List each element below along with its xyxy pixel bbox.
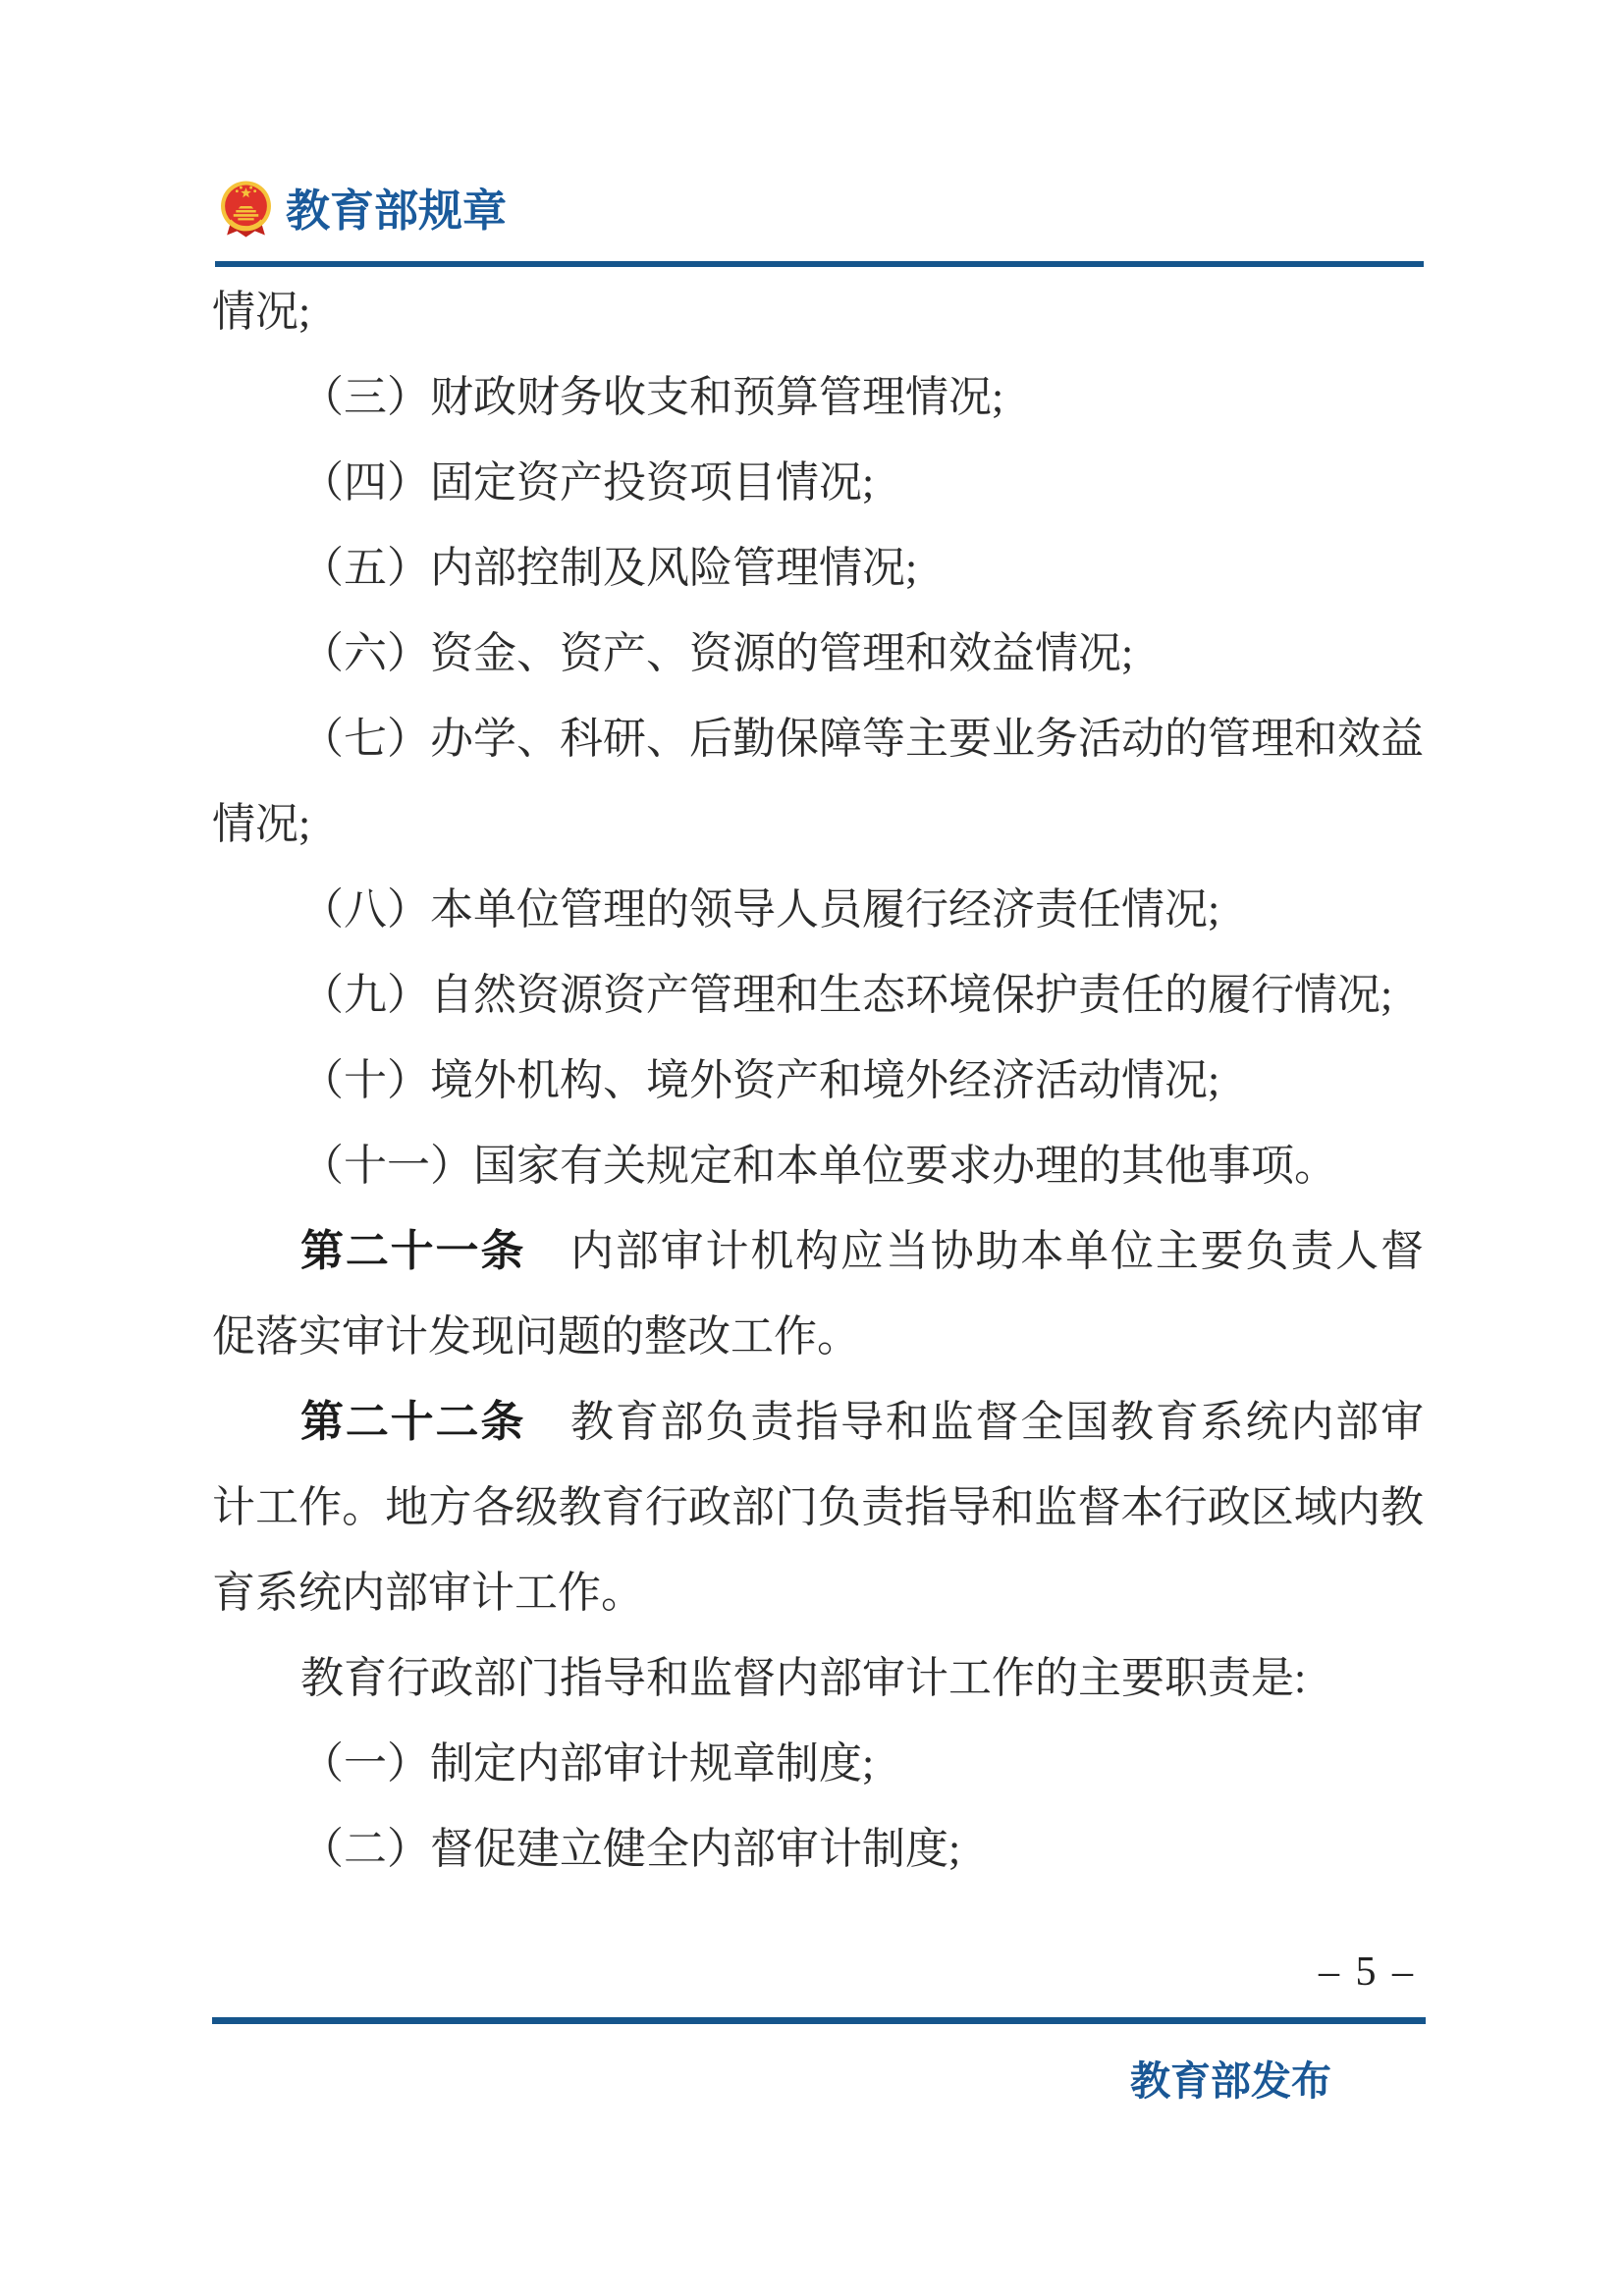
china-national-emblem-icon [220, 180, 272, 239]
body-line: 情况; [212, 269, 1424, 354]
article-text: 教育部负责指导和监督全国教育系统内部审 [525, 1398, 1424, 1446]
page-number: – 5 – [1306, 1946, 1429, 2000]
body-line: （三）财政财务收支和预算管理情况; [212, 354, 1424, 440]
article-number: 第二十二条 [300, 1398, 525, 1446]
body-line: 促落实审计发现问题的整改工作。 [212, 1294, 1424, 1379]
body-line: （五）内部控制及风险管理情况; [212, 525, 1424, 611]
document-body: 情况; （三）财政财务收支和预算管理情况; （四）固定资产投资项目情况; （五）… [212, 269, 1424, 1892]
body-line: （八）本单位管理的领导人员履行经济责任情况; [212, 867, 1424, 952]
document-page: 教育部规章 情况; （三）财政财务收支和预算管理情况; （四）固定资产投资项目情… [0, 0, 1624, 2296]
article-text: 内部审计机构应当协助本单位主要负责人督 [525, 1227, 1424, 1275]
footer-divider-line [212, 2017, 1426, 2024]
body-line: （十一）国家有关规定和本单位要求办理的其他事项。 [212, 1123, 1424, 1208]
body-line: （二）督促建立健全内部审计制度; [212, 1806, 1424, 1892]
page-header-title: 教育部规章 [286, 186, 507, 237]
body-line: 情况; [212, 781, 1424, 867]
body-line: （十）境外机构、境外资产和境外经济活动情况; [212, 1038, 1424, 1123]
body-line-article-22: 第二十二条 教育部负责指导和监督全国教育系统内部审 [212, 1379, 1424, 1465]
body-line: 教育行政部门指导和监督内部审计工作的主要职责是: [212, 1635, 1424, 1721]
body-line: （一）制定内部审计规章制度; [212, 1721, 1424, 1806]
body-line: （七）办学、科研、后勤保障等主要业务活动的管理和效益 [212, 696, 1424, 781]
body-line-article-21: 第二十一条 内部审计机构应当协助本单位主要负责人督 [212, 1208, 1424, 1294]
body-line: （六）资金、资产、资源的管理和效益情况; [212, 611, 1424, 696]
article-number: 第二十一条 [300, 1227, 525, 1275]
body-line: 育系统内部审计工作。 [212, 1550, 1424, 1635]
header-divider-line [215, 261, 1424, 267]
publisher-label: 教育部发布 [1130, 2054, 1331, 2109]
body-line: 计工作。地方各级教育行政部门负责指导和监督本行政区域内教 [212, 1465, 1424, 1550]
body-line: （四）固定资产投资项目情况; [212, 440, 1424, 525]
body-line: （九）自然资源资产管理和生态环境保护责任的履行情况; [212, 952, 1424, 1038]
